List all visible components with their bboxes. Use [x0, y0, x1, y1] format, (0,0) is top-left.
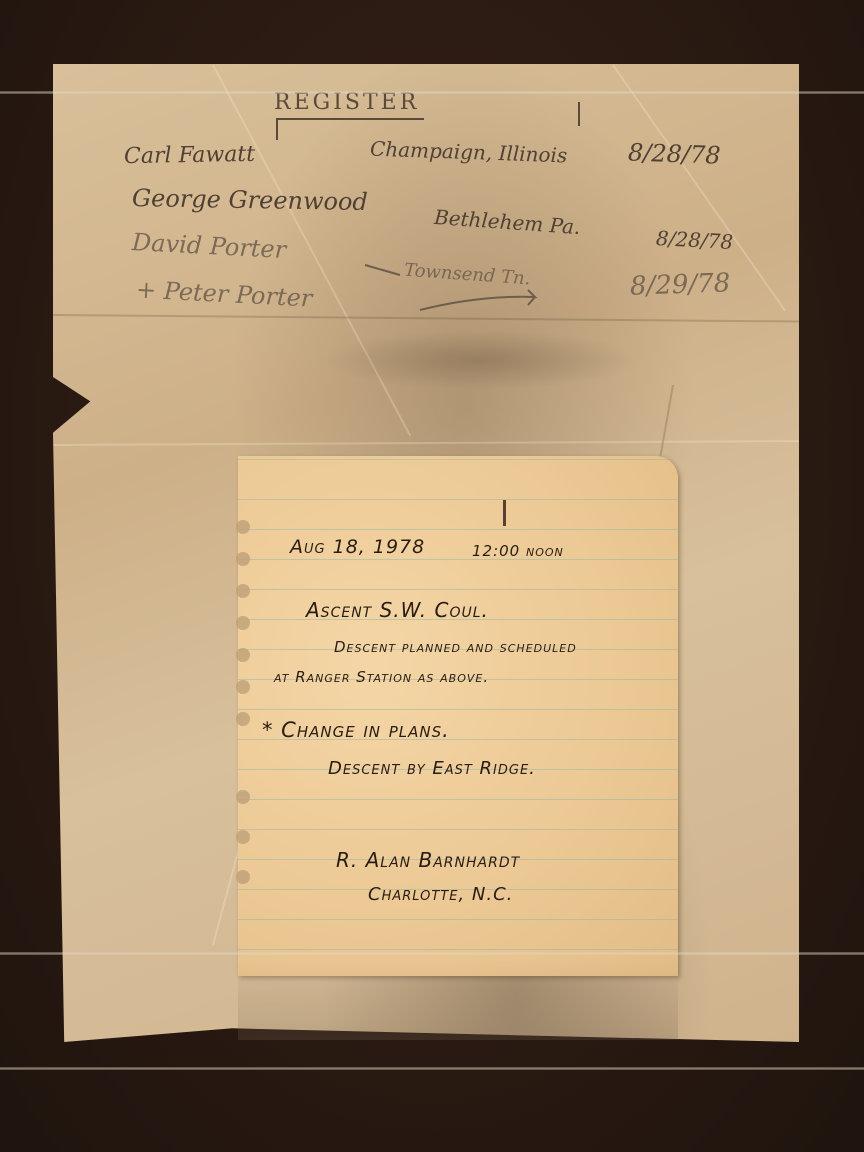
binder-hole: [236, 520, 250, 534]
smudge: [320, 330, 640, 390]
staple-mark: [276, 118, 278, 140]
binder-hole: [236, 712, 250, 726]
glass-reflection: [0, 91, 864, 94]
signature-place: Charlotte, N.C.: [368, 884, 513, 905]
binder-hole: [236, 648, 250, 662]
signature: R. Alan Barnhardt: [336, 848, 520, 872]
note-line: * Change in plans.: [262, 718, 450, 742]
arrow-icon: [360, 255, 560, 325]
glass-reflection: [0, 1067, 864, 1070]
note-line: at Ranger Station as above.: [274, 668, 489, 686]
binder-hole: [236, 830, 250, 844]
note-shadow: [238, 960, 678, 1040]
binder-hole: [236, 552, 250, 566]
staple-mark: [503, 500, 506, 526]
note-time: 12:00 noon: [472, 542, 564, 560]
entry-name: George Greenwood: [132, 184, 368, 216]
binder-hole: [236, 616, 250, 630]
note-date: Aug 18, 1978: [290, 536, 425, 558]
note-line: Descent by East Ridge.: [328, 758, 536, 779]
register-underline: [276, 118, 424, 120]
note-line: Descent planned and scheduled: [334, 638, 577, 656]
glass-reflection: [0, 952, 864, 955]
entry-date: 8/28/78: [655, 226, 733, 254]
staple-mark: [578, 102, 580, 126]
entry-date: 8/29/78: [630, 268, 731, 301]
binder-hole: [236, 584, 250, 598]
entry-date: 8/28/78: [628, 138, 721, 169]
note-line: Ascent S.W. Coul.: [306, 598, 489, 622]
entry-name: Carl Fawatt: [124, 142, 255, 169]
binder-hole: [236, 870, 250, 884]
binder-hole: [236, 680, 250, 694]
crease: [53, 440, 799, 446]
binder-hole: [236, 790, 250, 804]
